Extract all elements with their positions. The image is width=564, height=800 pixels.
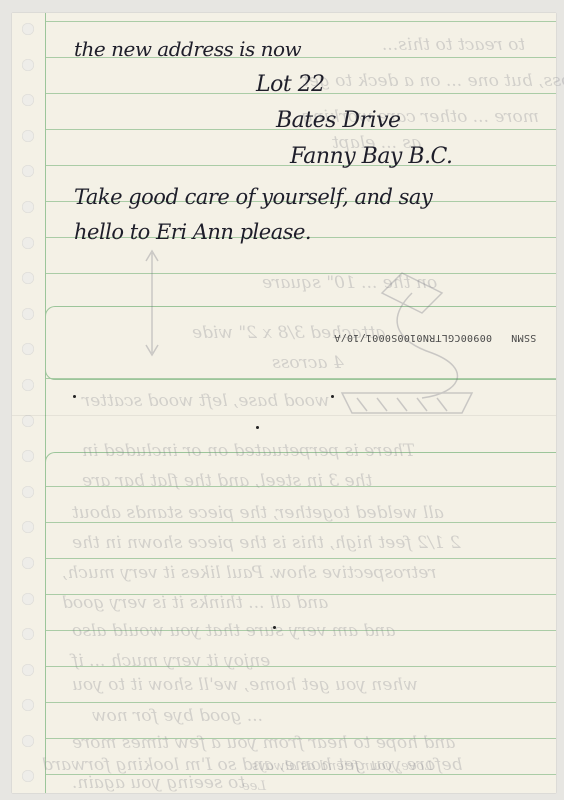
bleed-through-text: when you get home, we'll show it to you [72,675,418,695]
bleed-through-text: There is perpetuated on or included in [82,441,415,461]
pin-feed-hole [22,628,34,640]
pin-feed-hole [22,557,34,569]
pin-feed-hole [22,415,34,427]
bleed-through-text: ... good bye for now [92,706,263,726]
pin-feed-hole [22,94,34,106]
ink-dot [331,395,334,398]
bleed-through-text: across, but one ... on a deck to get [302,71,564,91]
pin-feed-hole [22,770,34,782]
pin-feed-hole [22,593,34,605]
pin-feed-hole [22,201,34,213]
printed-code-stamp: SSMN 00900CGLTRN0100S0001/10/A [334,332,536,343]
bleed-through-text: the 3 in steel, and the flat bar are [82,471,372,491]
bleed-through-text: all welded together, the piece stands ab… [72,503,444,523]
pin-feed-hole [22,343,34,355]
pin-feed-hole [22,59,34,71]
letter-line: Lot 22 [256,72,325,97]
ruled-line [46,702,556,703]
pin-feed-hole [22,308,34,320]
letter-line: Take good care of yourself, and say [74,185,432,209]
ruled-line [46,21,556,22]
ink-dot [256,426,259,429]
pin-feed-hole [22,165,34,177]
ink-dot [273,626,276,629]
pin-feed-hole [22,379,34,391]
pin-feed-hole [22,23,34,35]
pin-feed-hole [22,699,34,711]
pin-feed-hole [22,664,34,676]
bleed-through-text: enjoy it very much ... if [72,651,270,671]
ruled-line [46,558,556,559]
pin-feed-hole [22,272,34,284]
bleed-through-text: to seeing you again. [72,773,245,793]
pin-feed-hole [22,735,34,747]
letter-line: Bates Drive [276,108,401,133]
bleed-through-text: Lee [242,779,266,794]
bleed-through-text: retrospective show. Paul likes it very m… [62,563,437,583]
pin-feed-hole [22,450,34,462]
pin-feed-hole [22,130,34,142]
bleed-through-text: and am very sure that you would also [72,621,395,641]
bleed-through-text: 2 1/2 feet high, this is the piece shown… [72,533,461,553]
bleed-through-text: Love, your friend as always [252,759,433,774]
pin-feed-hole [22,486,34,498]
letter-line: the new address is now [74,37,301,61]
bleed-through-text: and hope to hear from you a few times mo… [72,733,455,753]
letter-page: to react to this... across, but one ... … [12,13,556,793]
ink-dot [73,395,76,398]
pin-feed-hole [22,237,34,249]
letter-line: Fanny Bay B.C. [290,144,453,169]
pin-feed-hole [22,521,34,533]
bleed-through-text: to react to this... [382,35,525,55]
bleed-through-text: and all ... thinks it is very good [62,593,328,613]
letter-line: hello to Eri Ann please. [74,220,311,244]
